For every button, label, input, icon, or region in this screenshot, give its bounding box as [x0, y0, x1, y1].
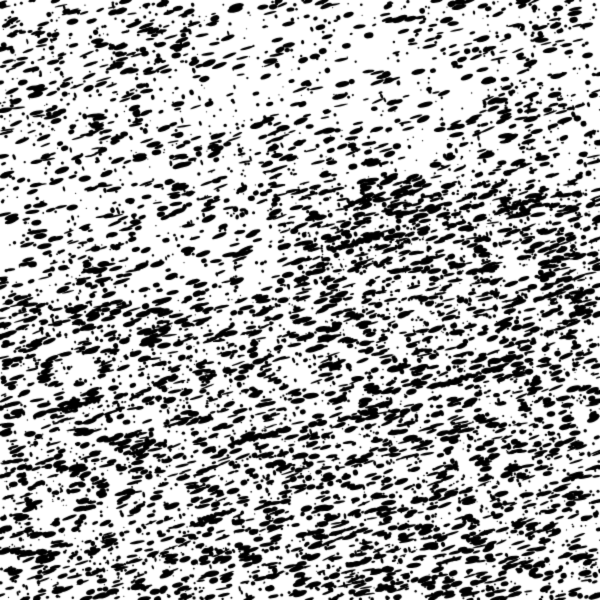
- grunge-texture-image: #427787971: [0, 0, 600, 600]
- texture-canvas: [0, 0, 600, 600]
